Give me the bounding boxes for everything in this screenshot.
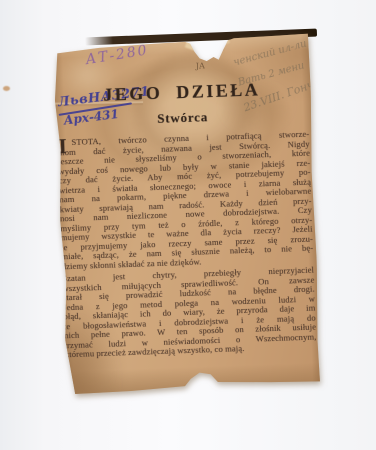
scan-background: АТ-280 ЛьвНА3271 Арх-431 JA ченский ил-л… — [0, 0, 376, 450]
torn-notch-fray — [185, 38, 201, 52]
torn-notch-fray — [207, 41, 223, 52]
faint-print-mark: JA — [196, 61, 205, 70]
scanner-debris-speck — [3, 86, 10, 91]
page-subtitle: Stwórca — [56, 106, 308, 131]
body-text: I STOTA, twórczo czynna i potrafiącą stw… — [57, 130, 317, 360]
staple-rust-mark — [54, 172, 58, 178]
body-paragraph: Szatan jest chytry, przebiegły nieprzyja… — [62, 266, 317, 360]
page-title: JEGO DZIEŁA — [55, 78, 308, 108]
handwritten-pencil-number: АТ-280 — [85, 42, 150, 68]
torn-notch-fray — [218, 35, 230, 46]
heading-block: JEGO DZIEŁA Stwórca — [55, 78, 308, 131]
dropcap-initial: I — [58, 137, 67, 156]
staple-rust-mark — [52, 138, 57, 146]
paper-surface: АТ-280 ЛьвНА3271 Арх-431 JA ченский ил-л… — [49, 32, 323, 397]
body-paragraph: I STOTA, twórczo czynna i potrafiącą stw… — [57, 130, 313, 272]
booklet-page: АТ-280 ЛьвНА3271 Арх-431 JA ченский ил-л… — [55, 36, 317, 392]
